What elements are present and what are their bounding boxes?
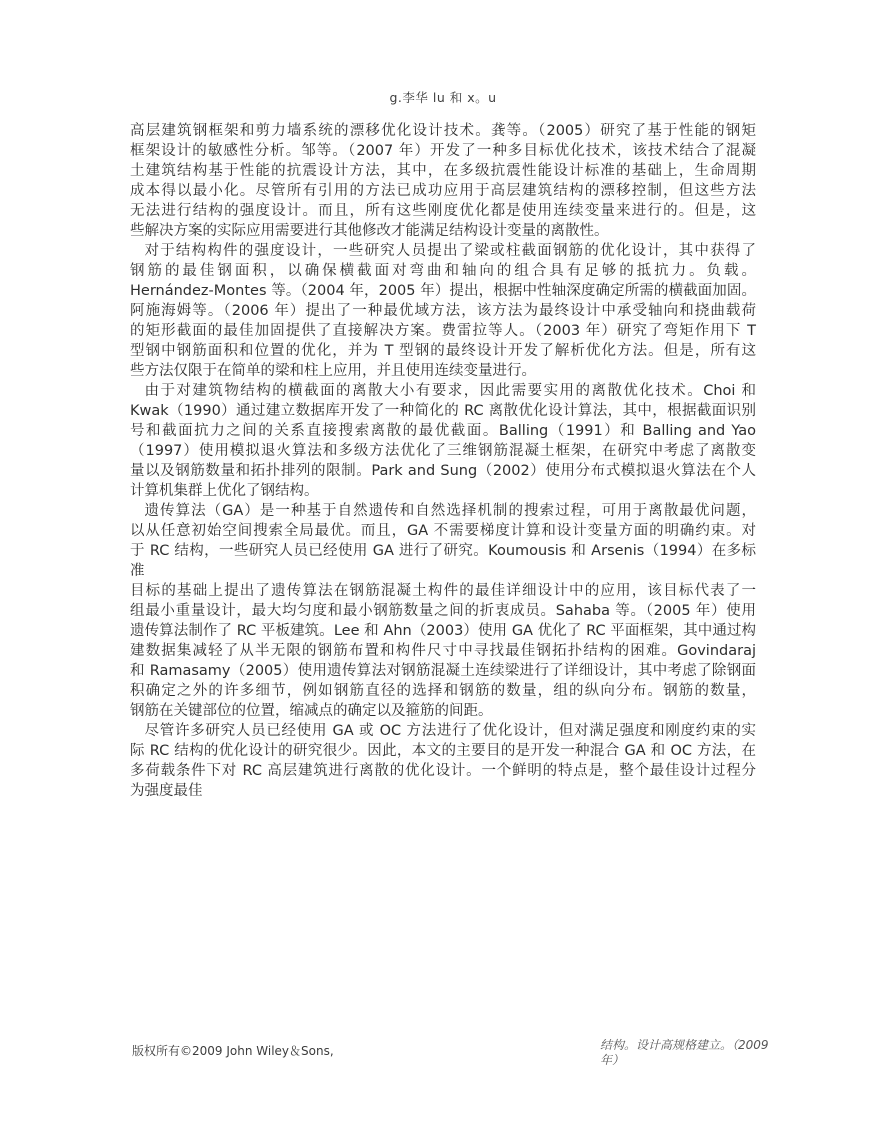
journal-reference-line1: 结构。设计高规格建立。（2009 bbox=[600, 1038, 790, 1053]
paragraph-line: 目标的基础上提出了遗传算法在钢筋混凝土构件的最佳详细设计中的应用，该目标代表了一 bbox=[130, 581, 756, 601]
paragraph-line: Hernández-Montes 等。（2004 年，2005 年）提出，根据中… bbox=[130, 281, 756, 301]
paragraph-line: 对于结构构件的强度设计，一些研究人员提出了梁或柱截面钢筋的优化设计，其中获得了 bbox=[130, 241, 756, 261]
article-body: 高层建筑钢框架和剪力墙系统的漂移优化设计技术。龚等。（2005）研究了基于性能的… bbox=[130, 121, 756, 801]
paragraph-line: 多荷载条件下对 RC 高层建筑进行离散的优化设计。一个鲜明的特点是，整个最佳设计… bbox=[130, 761, 756, 781]
paragraph-line: 由于对建筑物结构的横截面的离散大小有要求，因此需要实用的离散优化技术。Choi … bbox=[130, 381, 756, 401]
paragraph-line: Kwak（1990）通过建立数据库开发了一种简化的 RC 离散优化设计算法，其中… bbox=[130, 401, 756, 421]
paragraph-line: 钢筋在关键部位的位置，缩减点的确定以及箍筋的间距。 bbox=[130, 701, 756, 721]
paragraph: 遗传算法（GA）是一种基于自然遗传和自然选择机制的搜索过程，可用于离散最优问题，… bbox=[130, 501, 756, 721]
paragraph-line: 尽管许多研究人员已经使用 GA 或 OC 方法进行了优化设计，但对满足强度和刚度… bbox=[130, 721, 756, 741]
paragraph-line: 计算机集群上优化了钢结构。 bbox=[130, 481, 756, 501]
paragraph-line: 组最小重量设计，最大均匀度和最小钢筋数量之间的折衷成员。Sahaba 等。（20… bbox=[130, 601, 756, 621]
paragraph: 对于结构构件的强度设计，一些研究人员提出了梁或柱截面钢筋的优化设计，其中获得了钢… bbox=[130, 241, 756, 381]
paragraph-line: （1997）使用模拟退火算法和多级方法优化了三维钢筋混凝土框架，在研究中考虑了离… bbox=[130, 441, 756, 461]
paragraph-line: 些解决方案的实际应用需要进行其他修改才能满足结构设计变量的离散性。 bbox=[130, 221, 756, 241]
journal-reference: 结构。设计高规格建立。（2009 年） bbox=[600, 1038, 790, 1068]
paragraph: 由于对建筑物结构的横截面的离散大小有要求，因此需要实用的离散优化技术。Choi … bbox=[130, 381, 756, 501]
paragraph-line: 建数据集减轻了从半无限的钢筋布置和构件尺寸中寻找最佳钢拓扑结构的困难。Govin… bbox=[130, 641, 756, 661]
paragraph-line: 以从任意初始空间搜索全局最优。而且，GA 不需要梯度计算和设计变量方面的明确约束… bbox=[130, 521, 756, 541]
paragraph-line: 量以及钢筋数量和拓扑排列的限制。Park and Sung（2002）使用分布式… bbox=[130, 461, 756, 481]
paragraph-line: 成本得以最小化。尽管所有引用的方法已成功应用于高层建筑结构的漂移控制，但这些方法 bbox=[130, 181, 756, 201]
paragraph-line: 钢筋的最佳钢面积，以确保横截面对弯曲和轴向的组合具有足够的抵抗力。负载。 bbox=[130, 261, 756, 281]
paragraph-line: 的矩形截面的最佳加固提供了直接解决方案。费雷拉等人。（2003 年）研究了弯矩作… bbox=[130, 321, 756, 341]
journal-reference-line2: 年） bbox=[600, 1053, 790, 1068]
paragraph-line: 阿施海姆等。（2006 年）提出了一种最优域方法，该方法为最终设计中承受轴向和挠… bbox=[130, 301, 756, 321]
paragraph: 高层建筑钢框架和剪力墙系统的漂移优化设计技术。龚等。（2005）研究了基于性能的… bbox=[130, 121, 756, 241]
paragraph-line: 于 RC 结构，一些研究人员已经使用 GA 进行了研究。Koumousis 和 … bbox=[130, 541, 756, 581]
document-page: g.李华 lu 和 x。u 高层建筑钢框架和剪力墙系统的漂移优化设计技术。龚等。… bbox=[0, 0, 882, 1146]
paragraph-line: 际 RC 结构的优化设计的研究很少。因此，本文的主要目的是开发一种混合 GA 和… bbox=[130, 741, 756, 761]
paragraph-line: 和 Ramasamy（2005）使用遗传算法对钢筋混凝土连续梁进行了详细设计，其… bbox=[130, 661, 756, 681]
paragraph-line: 型钢中钢筋面积和位置的优化，并为 T 型钢的最终设计开发了解析优化方法。但是，所… bbox=[130, 341, 756, 361]
paragraph-line: 遗传算法（GA）是一种基于自然遗传和自然选择机制的搜索过程，可用于离散最优问题， bbox=[130, 501, 756, 521]
paragraph-line: 号和截面抗力之间的关系直接搜索离散的最优截面。Balling（1991）和 Ba… bbox=[130, 421, 756, 441]
paragraph-line: 为强度最佳 bbox=[130, 781, 756, 801]
author-byline: g.李华 lu 和 x。u bbox=[130, 88, 756, 106]
copyright-notice: 版权所有©2009 John Wiley＆Sons, bbox=[132, 1042, 334, 1059]
paragraph-line: 积确定之外的许多细节，例如钢筋直径的选择和钢筋的数量，组的纵向分布。钢筋的数量， bbox=[130, 681, 756, 701]
paragraph-line: 框架设计的敏感性分析。邹等。（2007 年）开发了一种多目标优化技术，该技术结合… bbox=[130, 141, 756, 161]
paragraph-line: 高层建筑钢框架和剪力墙系统的漂移优化设计技术。龚等。（2005）研究了基于性能的… bbox=[130, 121, 756, 141]
paragraph-line: 无法进行结构的强度设计。而且，所有这些刚度优化都是使用连续变量来进行的。但是，这 bbox=[130, 201, 756, 221]
paragraph-line: 些方法仅限于在简单的梁和柱上应用，并且使用连续变量进行。 bbox=[130, 361, 756, 381]
paragraph-line: 遗传算法制作了 RC 平板建筑。Lee 和 Ahn（2003）使用 GA 优化了… bbox=[130, 621, 756, 641]
paragraph: 尽管许多研究人员已经使用 GA 或 OC 方法进行了优化设计，但对满足强度和刚度… bbox=[130, 721, 756, 801]
paragraph-line: 土建筑结构基于性能的抗震设计方法，其中，在多级抗震性能设计标准的基础上，生命周期 bbox=[130, 161, 756, 181]
